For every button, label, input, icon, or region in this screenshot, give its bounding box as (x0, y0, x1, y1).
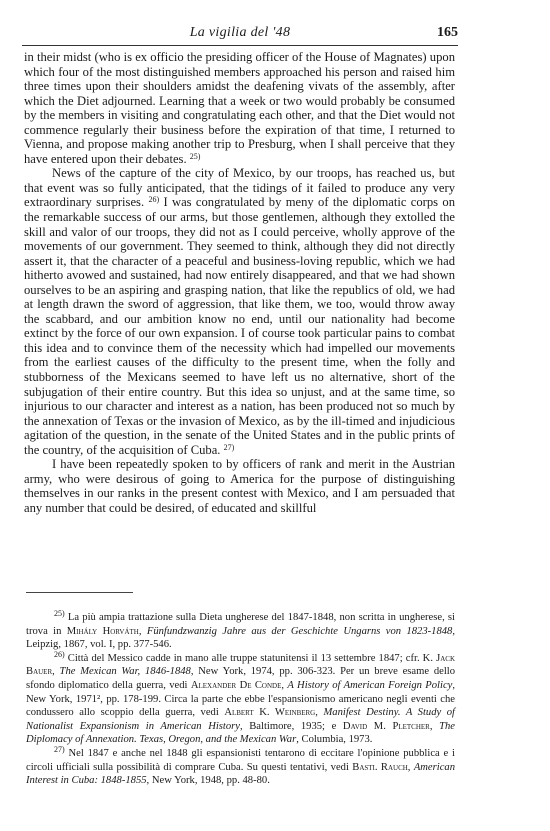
author-name: Albert K. Weinberg (224, 707, 315, 718)
footnotes: 25) La più ampia trattazione sulla Dieta… (26, 611, 455, 788)
author-name: Basti. Rauch (352, 762, 408, 773)
footnote-ref-25[interactable]: 25) (190, 152, 201, 161)
paragraph-text: I was congratulated by meny of the diplo… (24, 195, 455, 456)
footnote-25: 25) La più ampia trattazione sulla Dieta… (26, 611, 455, 652)
paragraph-text: I have been repeatedly spoken to by offi… (24, 457, 455, 515)
work-title: Fünfundzwanzig Jahre aus der Geschichte … (147, 626, 452, 637)
footnote-marker: 25) (54, 609, 65, 618)
footnote-text: Città del Messico cadde in mano alle tru… (65, 653, 436, 664)
footnote-text: , (52, 666, 59, 677)
author-name: Mihály Horváth (67, 626, 139, 637)
author-name: Alexander De Conde (191, 680, 282, 691)
paragraph-1: in their midst (who is ex officio the pr… (24, 50, 455, 166)
footnote-text: , New York, 1948, pp. 48-80. (147, 775, 270, 786)
page-number: 165 (437, 25, 458, 41)
work-title: The Mexican War, 1846-1848 (60, 666, 191, 677)
running-head: La vigilia del '48 165 (22, 22, 458, 44)
paragraph-2: News of the capture of the city of Mexic… (24, 166, 455, 457)
main-text: in their midst (who is ex officio the pr… (24, 50, 455, 516)
footnote-text: , (139, 626, 147, 637)
author-name: David M. Pletcher (343, 721, 430, 732)
book-page: La vigilia del '48 165 in their midst (w… (0, 0, 550, 831)
work-title: A History of American Foreign Policy (287, 680, 452, 691)
footnote-text: , (430, 721, 439, 732)
footnote-27: 27) Nel 1847 e anche nel 1848 gli espans… (26, 747, 455, 788)
footnote-rule (26, 592, 133, 593)
footnote-26: 26) Città del Messico cadde in mano alle… (26, 652, 455, 747)
footnote-marker: 26) (54, 650, 65, 659)
running-title: La vigilia del '48 (22, 25, 458, 41)
footnote-marker: 27) (54, 745, 65, 754)
footnote-text: , Columbia, 1973. (296, 734, 372, 745)
footnote-ref-26[interactable]: 26) (148, 195, 159, 204)
paragraph-3: I have been repeatedly spoken to by offi… (24, 457, 455, 515)
header-rule (22, 45, 458, 46)
footnote-ref-27[interactable]: 27) (224, 443, 235, 452)
footnote-text: , Baltimore, 1935; e (240, 721, 343, 732)
paragraph-text: in their midst (who is ex officio the pr… (24, 50, 455, 166)
